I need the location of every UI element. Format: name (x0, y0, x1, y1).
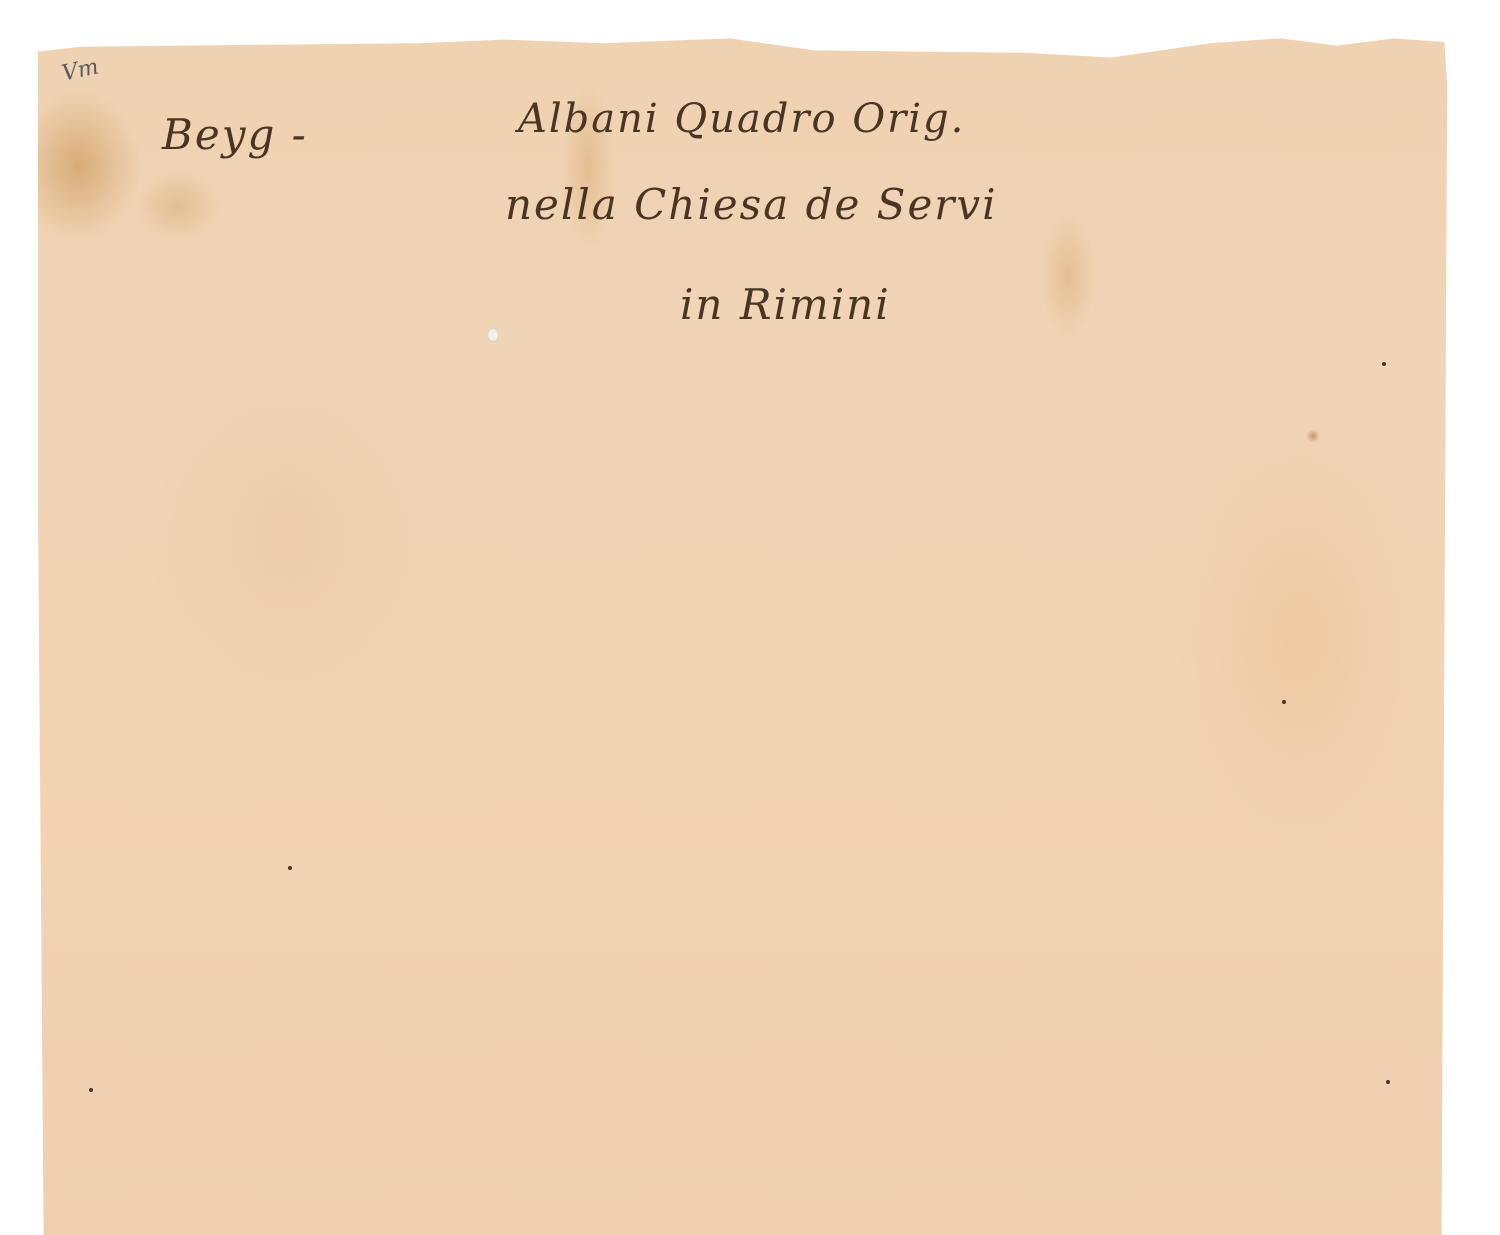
ink-speck (288, 866, 292, 870)
handwritten-line-1: Albani Quadro Orig. (518, 96, 965, 142)
ink-speck (1386, 1080, 1390, 1084)
pin-hole (487, 328, 499, 342)
ink-speck (89, 1088, 93, 1092)
handwritten-line-2: nella Chiesa de Servi (505, 180, 998, 229)
ink-speck (1382, 362, 1386, 366)
handwritten-line-3: in Rimini (680, 280, 891, 329)
handwritten-left-label: Beyg - (162, 110, 308, 159)
ink-speck (1282, 700, 1286, 704)
